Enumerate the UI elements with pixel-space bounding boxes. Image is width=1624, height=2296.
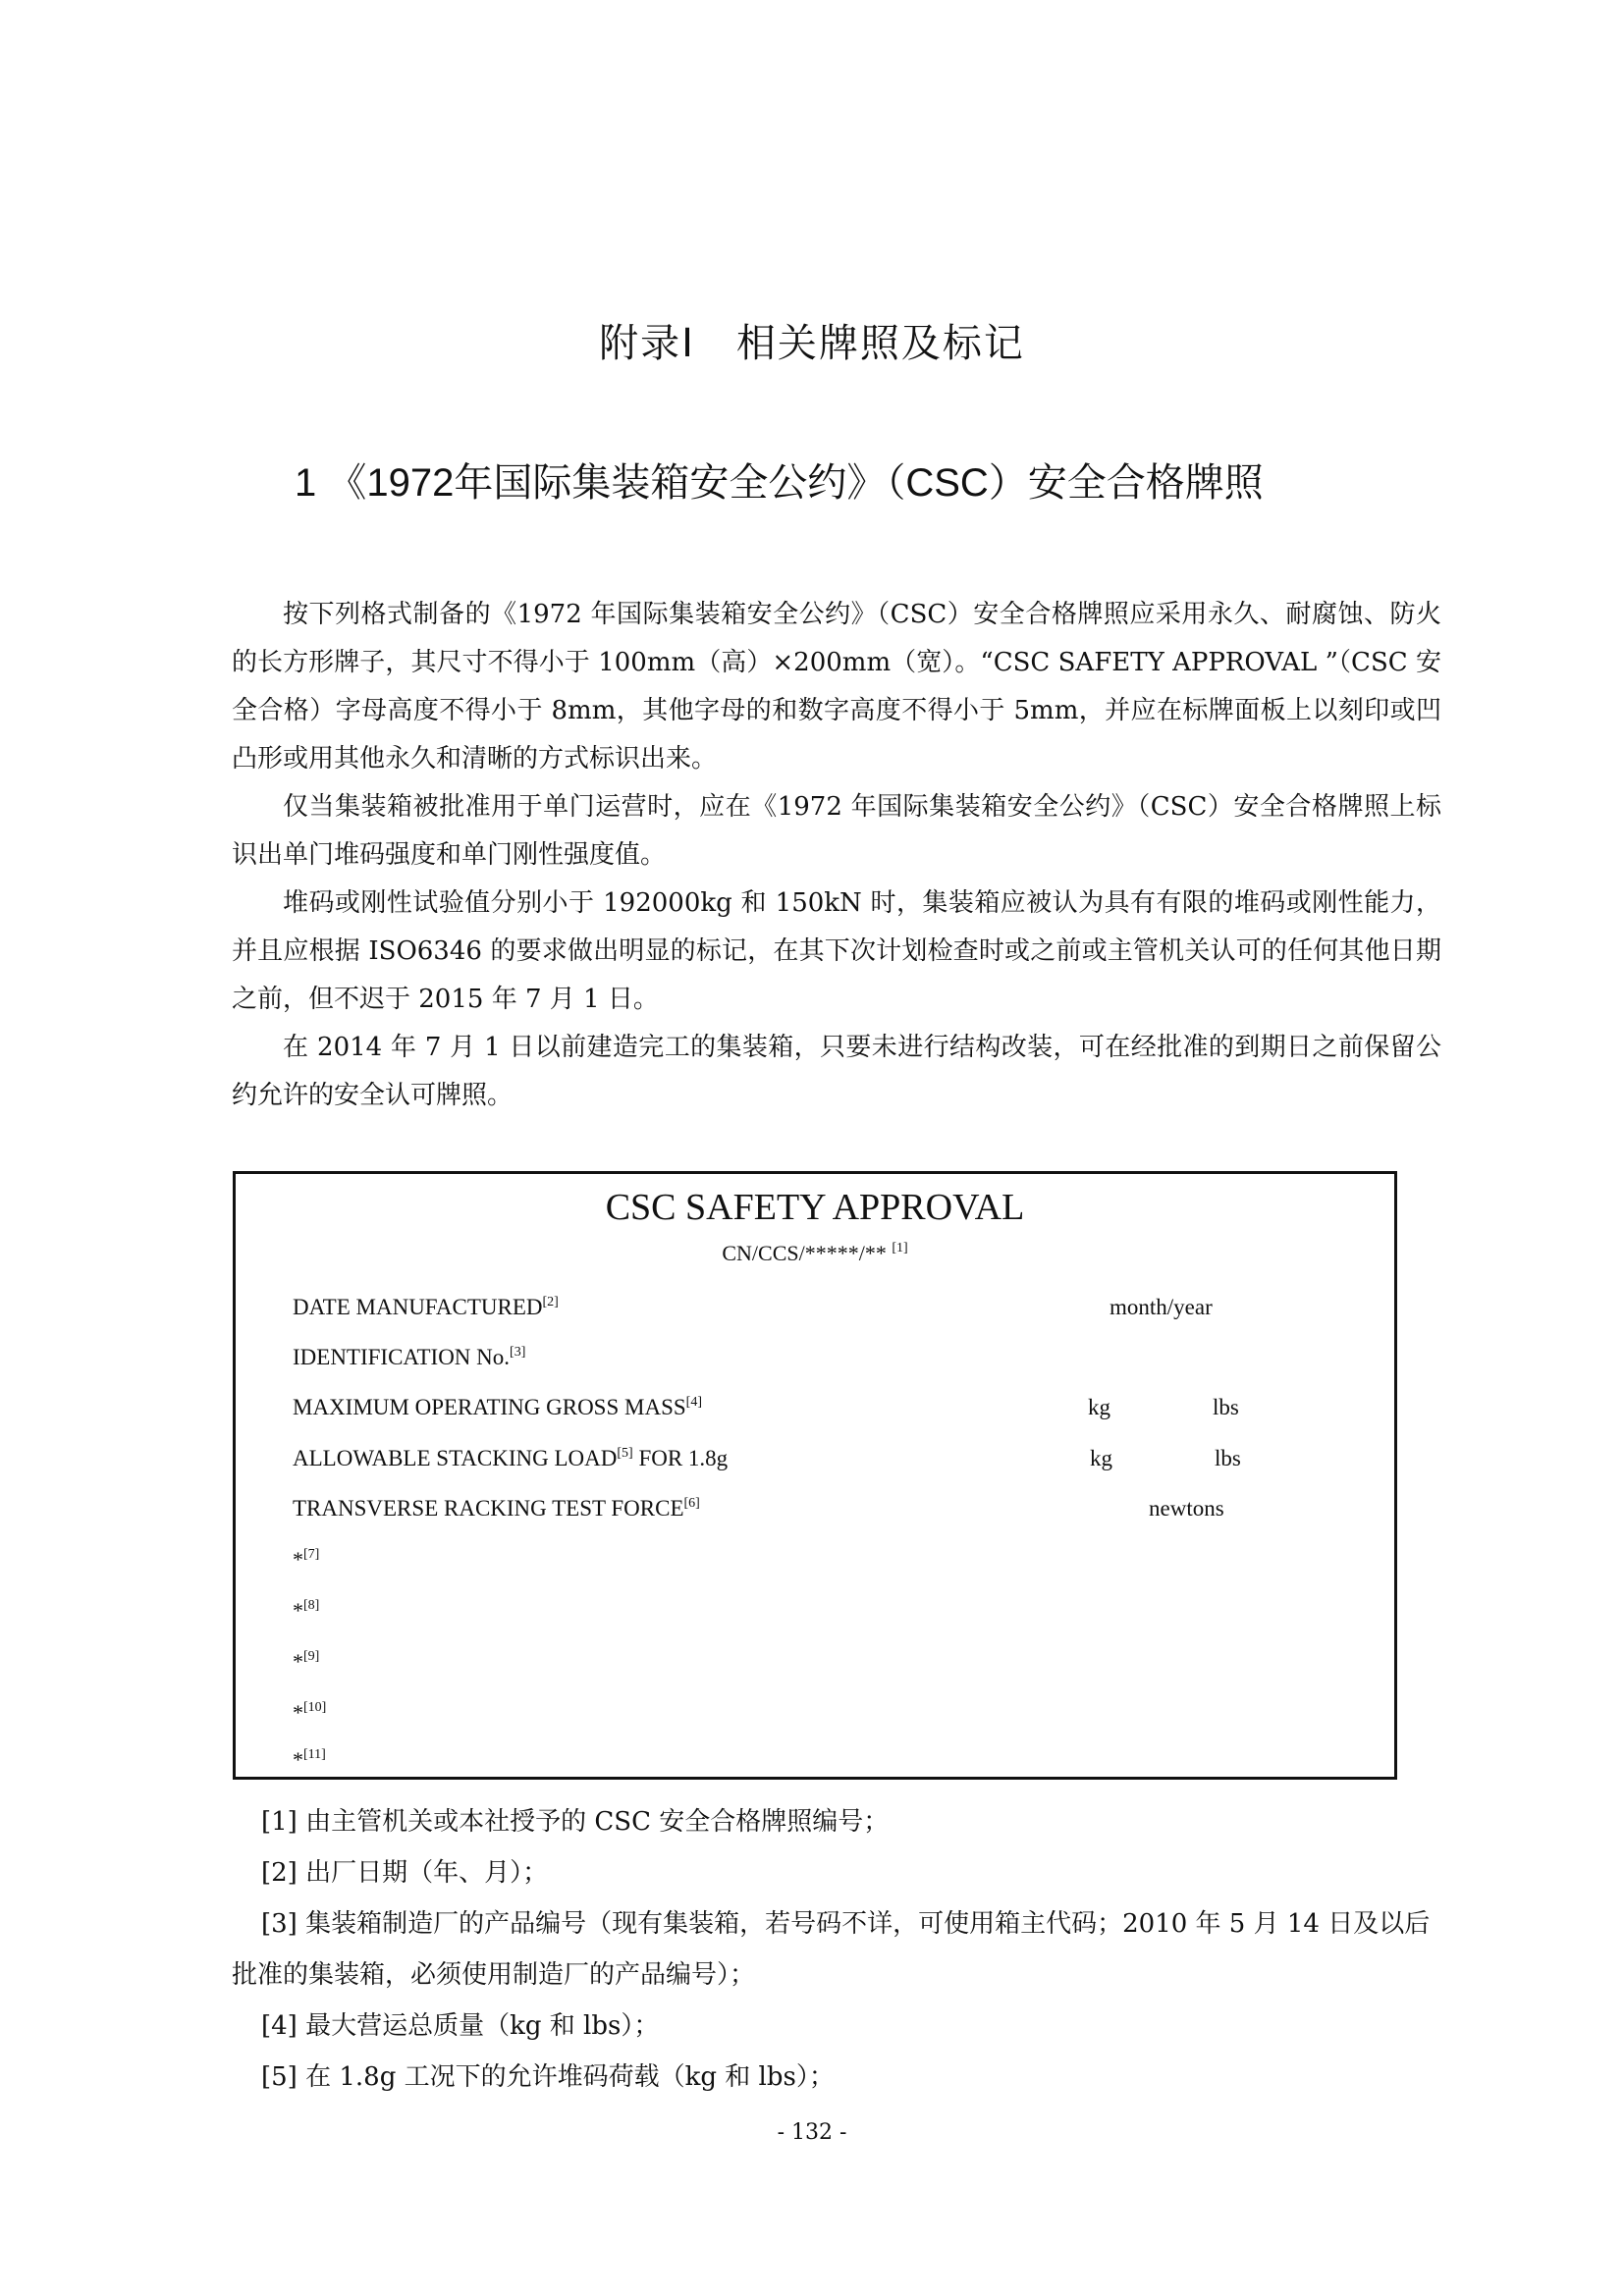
footnote-ref: [11] [303, 1747, 326, 1762]
footnote-text: 出厂日期（年、月）； [305, 1858, 548, 1888]
footnote-ref: [8] [303, 1598, 319, 1613]
footnote-ref: [2] [543, 1295, 559, 1309]
paragraph: 堆码或刚性试验值分别小于 192000kg 和 150kN 时，集装箱应被认为具… [232, 880, 1441, 1024]
plate-optional-row: *[10] [293, 1700, 326, 1726]
csc-safety-approval-plate: CSC SAFETY APPROVAL CN/CCS/*****/** [1] … [233, 1171, 1397, 1780]
footnote-item: [2] 出厂日期（年、月）； [261, 1847, 1441, 1898]
unit-kg: kg [1088, 1395, 1110, 1420]
asterisk-icon: * [293, 1547, 303, 1572]
footnote-number: [4] [261, 2011, 298, 2041]
plate-row-transverse-racking: TRANSVERSE RACKING TEST FORCE[6] [293, 1496, 700, 1522]
plate-optional-row: *[7] [293, 1547, 319, 1573]
page-number: - 132 - [0, 2120, 1624, 2145]
footnote-text: 在 1.8g 工况下的允许堆码荷载（kg 和 lbs）； [305, 2062, 835, 2092]
row-label: DATE MANUFACTURED [293, 1295, 543, 1319]
paragraph: 在 2014 年 7 月 1 日以前建造完工的集装箱，只要未进行结构改装，可在经… [232, 1024, 1441, 1120]
footnote-text: 由主管机关或本社授予的 CSC 安全合格牌照编号； [305, 1807, 889, 1837]
footnote-number: [3] [261, 1909, 298, 1939]
footnote-ref: [6] [684, 1496, 700, 1511]
unit-lbs: lbs [1213, 1395, 1239, 1420]
footnote-ref: [1] [892, 1241, 907, 1255]
appendix-title: 附录Ⅰ 相关牌照及标记 [0, 312, 1624, 368]
document-page: 附录Ⅰ 相关牌照及标记 1 《1972年国际集装箱安全公约》（CSC）安全合格牌… [0, 0, 1624, 2296]
footnote-ref: [9] [303, 1649, 319, 1664]
row-label: IDENTIFICATION No. [293, 1345, 510, 1369]
footnote-text: 集装箱制造厂的产品编号（现有集装箱，若号码不详，可使用箱主代码；2010 年 5… [232, 1909, 1430, 1990]
footnote-item: [5] 在 1.8g 工况下的允许堆码荷载（kg 和 lbs）； [261, 2052, 1441, 2103]
asterisk-icon: * [293, 1649, 303, 1674]
plate-row-max-gross-mass: MAXIMUM OPERATING GROSS MASS[4] [293, 1395, 702, 1420]
footnote-ref: [7] [303, 1547, 319, 1562]
section-title: 1 《1972年国际集装箱安全公约》（CSC）安全合格牌照 [295, 452, 1375, 507]
unit-newtons: newtons [1149, 1496, 1224, 1522]
plate-code: CN/CCS/*****/** [1] [236, 1241, 1394, 1266]
footnotes: [1] 由主管机关或本社授予的 CSC 安全合格牌照编号； [2] 出厂日期（年… [261, 1796, 1441, 2103]
plate-title: CSC SAFETY APPROVAL [236, 1186, 1394, 1229]
plate-optional-row: *[9] [293, 1649, 319, 1675]
asterisk-icon: * [293, 1700, 303, 1725]
plate-row-date-manufactured: DATE MANUFACTURED[2] [293, 1295, 559, 1320]
plate-optional-row: *[8] [293, 1598, 319, 1624]
footnote-ref: [3] [510, 1345, 525, 1360]
unit-kg: kg [1090, 1446, 1112, 1471]
row-suffix: FOR 1.8g [633, 1446, 729, 1470]
asterisk-icon: * [293, 1598, 303, 1623]
plate-optional-row: *[11] [293, 1747, 326, 1773]
row-label: ALLOWABLE STACKING LOAD [293, 1446, 617, 1470]
footnote-number: [1] [261, 1807, 298, 1837]
row-label: TRANSVERSE RACKING TEST FORCE [293, 1496, 684, 1521]
body-text: 按下列格式制备的《1972 年国际集装箱安全公约》（CSC）安全合格牌照应采用永… [232, 591, 1441, 1120]
plate-row-allowable-stacking-load: ALLOWABLE STACKING LOAD[5] FOR 1.8g [293, 1446, 728, 1471]
footnote-ref: [10] [303, 1700, 326, 1715]
footnote-number: [5] [261, 2062, 298, 2092]
footnote-item: [1] 由主管机关或本社授予的 CSC 安全合格牌照编号； [261, 1796, 1441, 1847]
footnote-item: [4] 最大营运总质量（kg 和 lbs）； [261, 2001, 1441, 2052]
row-label: MAXIMUM OPERATING GROSS MASS [293, 1395, 686, 1419]
plate-row-identification-no: IDENTIFICATION No.[3] [293, 1345, 525, 1370]
footnote-text: 最大营运总质量（kg 和 lbs）； [305, 2011, 659, 2041]
paragraph: 按下列格式制备的《1972 年国际集装箱安全公约》（CSC）安全合格牌照应采用永… [232, 591, 1441, 783]
footnote-ref: [5] [617, 1446, 632, 1461]
footnote-number: [2] [261, 1858, 298, 1888]
paragraph: 仅当集装箱被批准用于单门运营时，应在《1972 年国际集装箱安全公约》（CSC）… [232, 783, 1441, 880]
footnote-item: [3] 集装箱制造厂的产品编号（现有集装箱，若号码不详，可使用箱主代码；2010… [232, 1898, 1441, 2001]
plate-code-value: CN/CCS/*****/** [722, 1241, 886, 1265]
unit-lbs: lbs [1215, 1446, 1241, 1471]
footnote-ref: [4] [686, 1395, 702, 1410]
asterisk-icon: * [293, 1747, 303, 1772]
unit-month-year: month/year [1110, 1295, 1213, 1320]
